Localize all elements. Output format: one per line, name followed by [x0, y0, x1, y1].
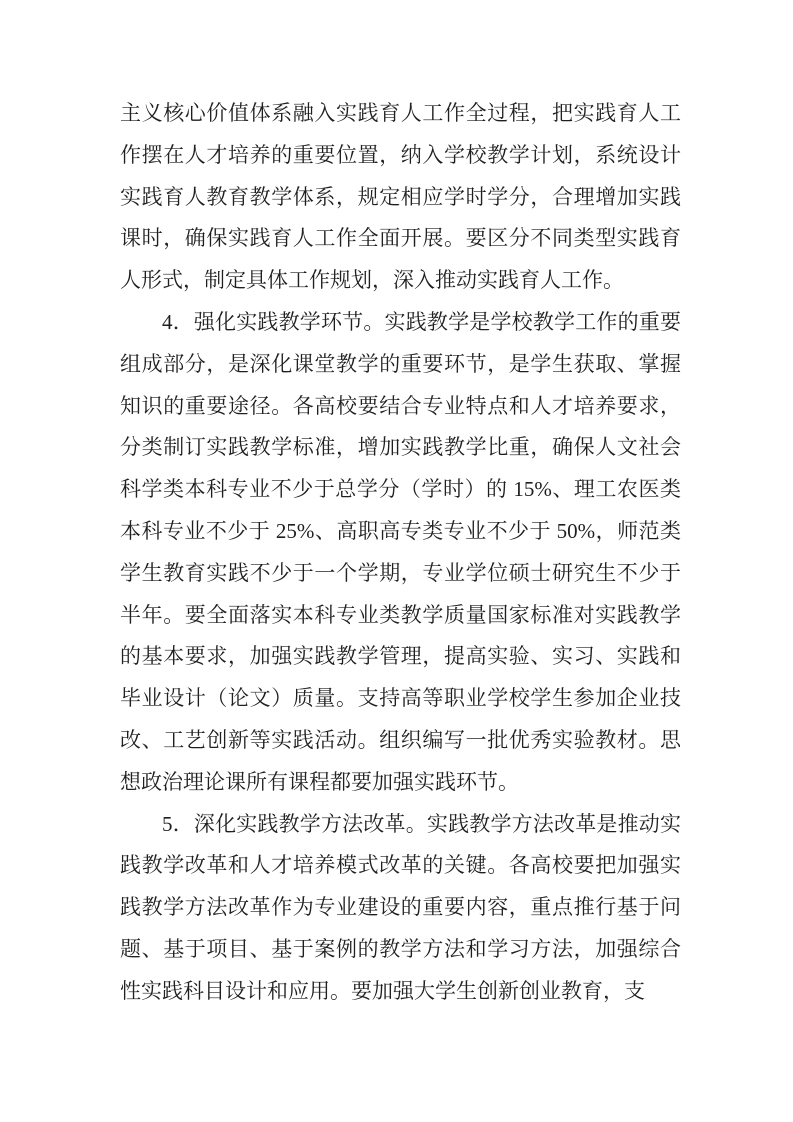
paragraph: 主义核心价值体系融入实践育人工作全过程，把实践育人工作摆在人才培养的重要位置，纳…: [120, 93, 681, 302]
document-body: 主义核心价值体系融入实践育人工作全过程，把实践育人工作摆在人才培养的重要位置，纳…: [120, 93, 681, 1013]
paragraph: 4．强化实践教学环节。实践教学是学校教学工作的重要组成部分，是深化课堂教学的重要…: [120, 302, 681, 804]
document-page: 主义核心价值体系融入实践育人工作全过程，把实践育人工作摆在人才培养的重要位置，纳…: [0, 0, 793, 1122]
paragraph: 5．深化实践教学方法改革。实践教学方法改革是推动实践教学改革和人才培养模式改革的…: [120, 804, 681, 1013]
